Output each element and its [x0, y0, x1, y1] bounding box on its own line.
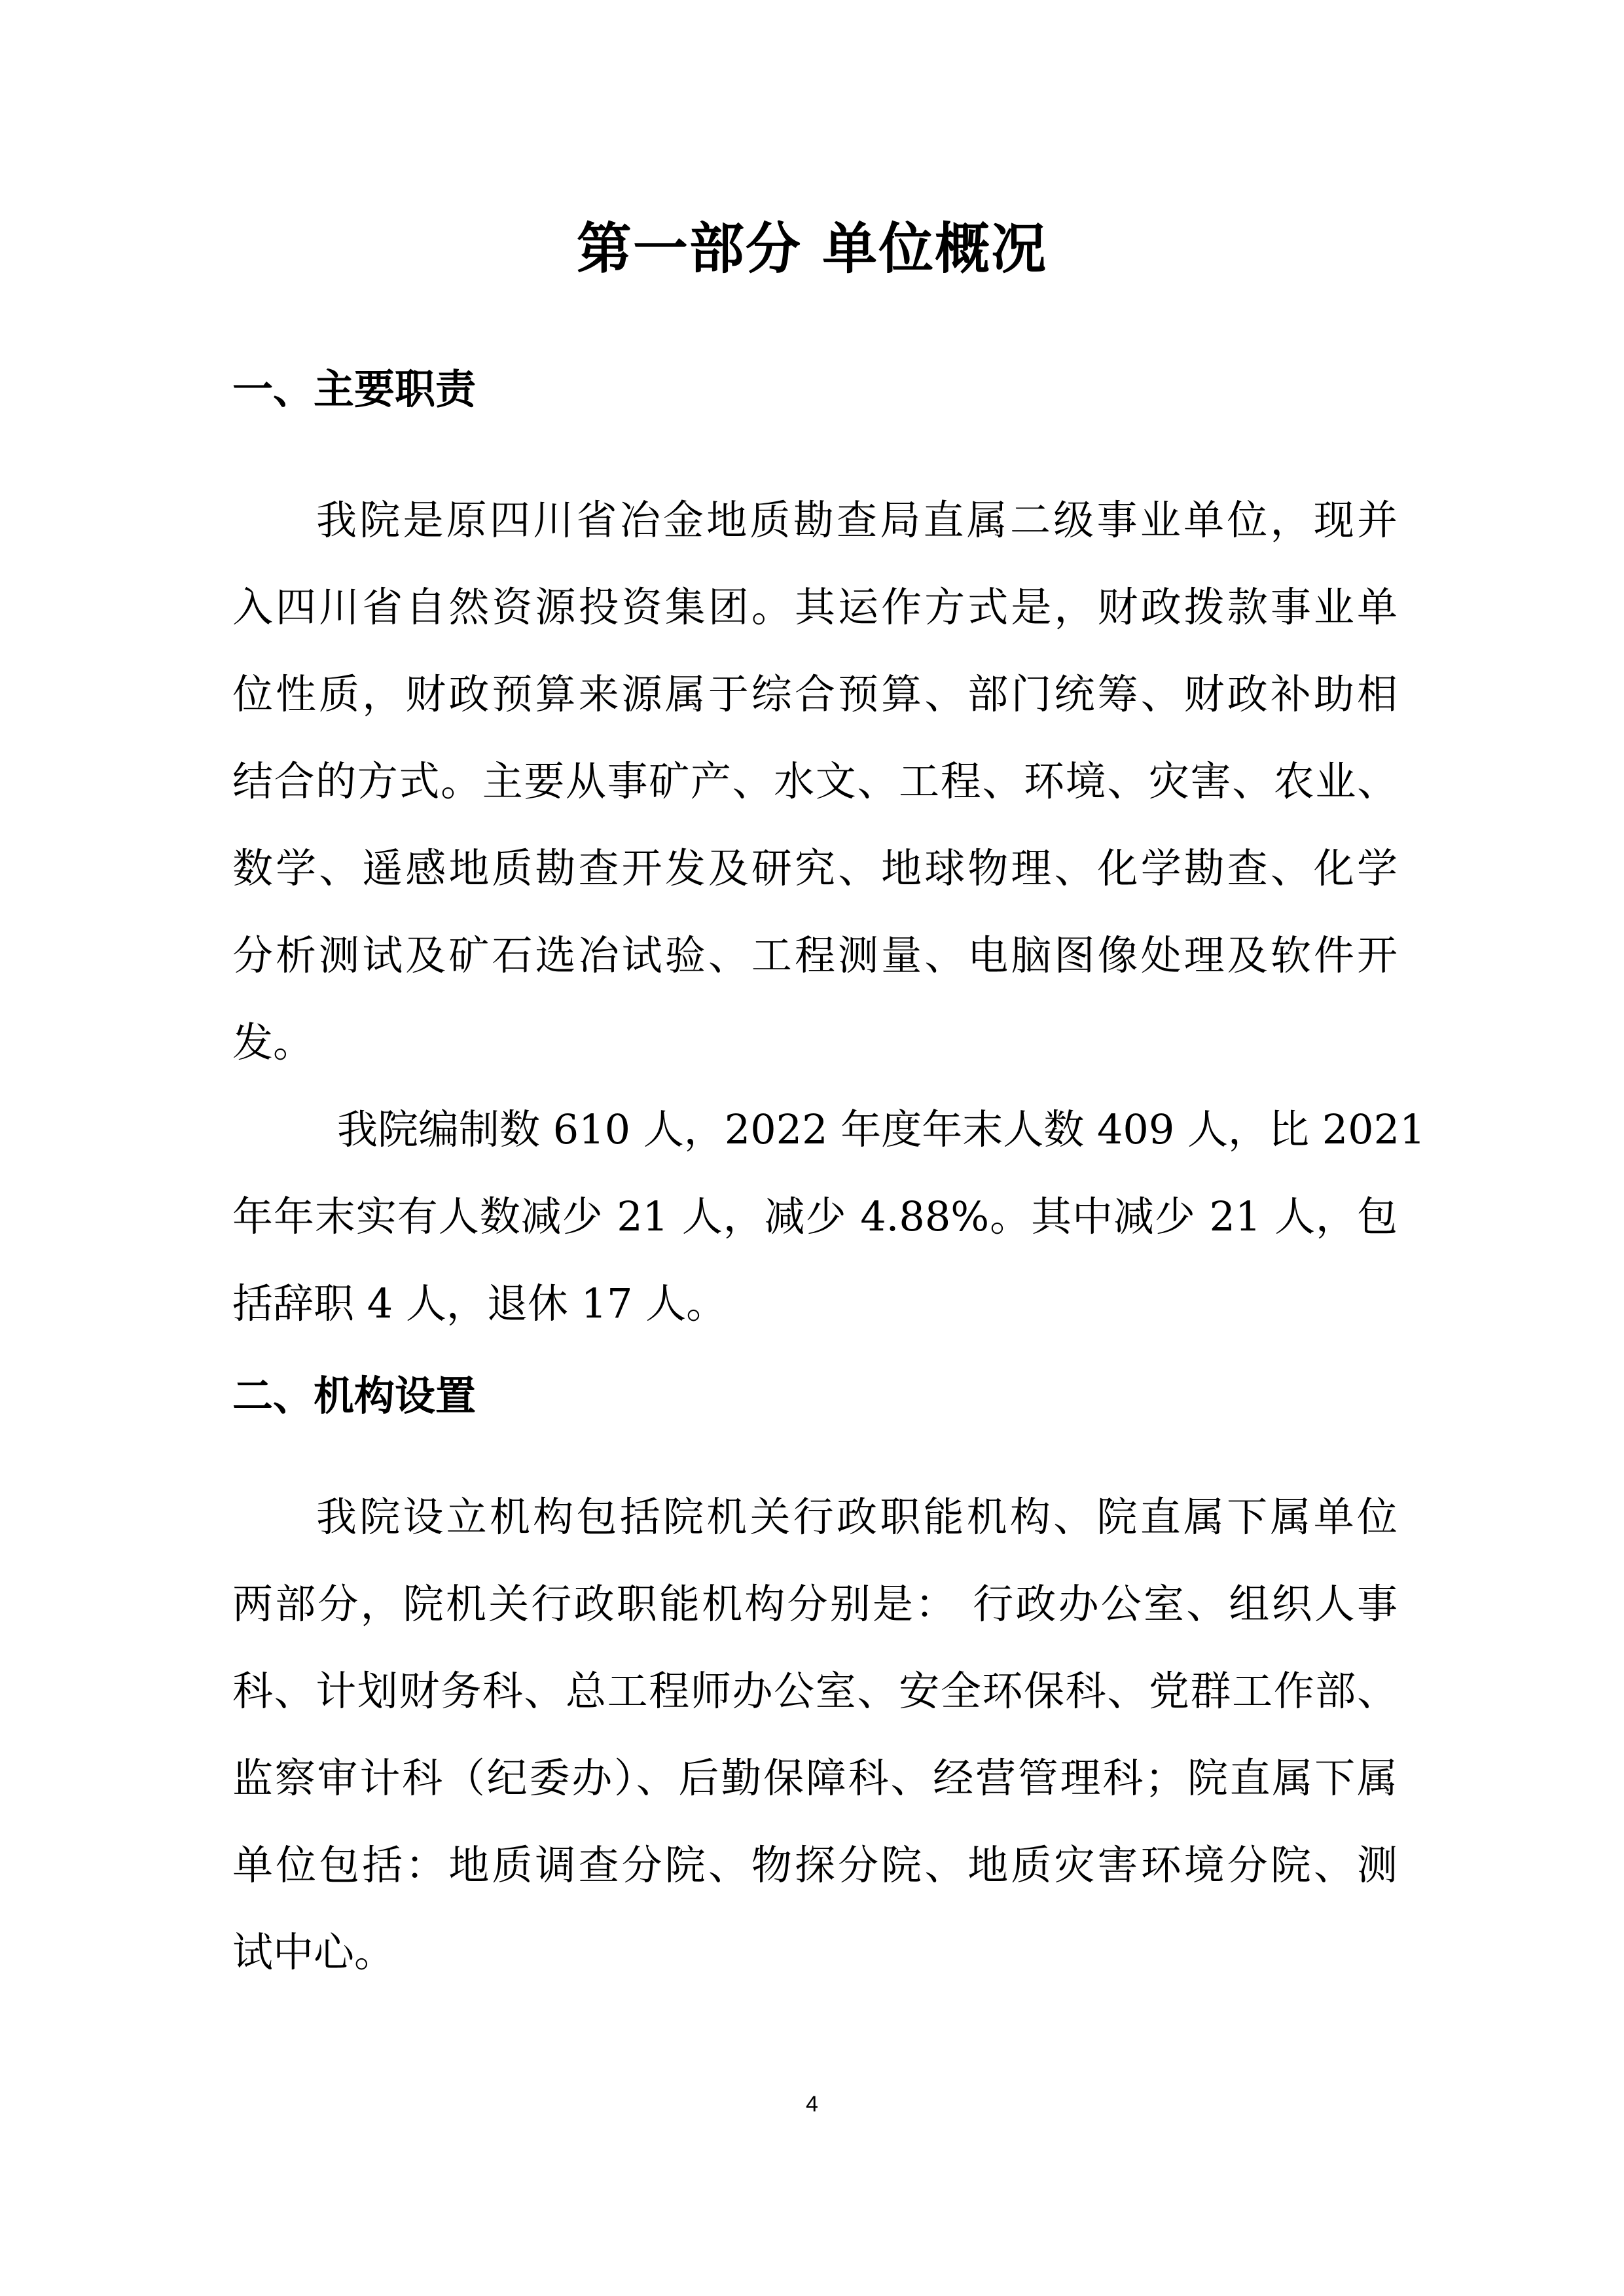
paragraph-line: 入四川省自然资源投资集团。其运作方式是，财政拨款事业单 [232, 581, 1398, 634]
paragraph-line: 科、计划财务科、总工程师办公室、安全环保科、党群工作部、 [232, 1665, 1398, 1717]
page-number: 4 [0, 2092, 1624, 2117]
paragraph-line: 我院是原四川省冶金地质勘查局直属二级事业单位，现并 [316, 494, 1398, 547]
paragraph-line: 结合的方式。主要从事矿产、水文、工程、环境、灾害、农业、 [232, 755, 1398, 808]
paragraph-line: 监察审计科（纪委办）、后勤保障科、经营管理科；院直属下属 [232, 1752, 1398, 1804]
section-heading-organization: 二、机构设置 [232, 1370, 476, 1422]
paragraph-line: 分析测试及矿石选冶试验、工程测量、电脑图像处理及软件开 [232, 929, 1398, 982]
paragraph-line: 单位包括：地质调查分院、物探分院、地质灾害环境分院、测 [232, 1839, 1398, 1892]
paragraph-line: 位性质，财政预算来源属于综合预算、部门统筹、财政补助相 [232, 668, 1398, 721]
paragraph-line: 发。 [232, 1016, 1398, 1069]
paragraph-line: 试中心。 [232, 1926, 1398, 1979]
paragraph-line: 我院设立机构包括院机关行政职能机构、院直属下属单位 [316, 1491, 1398, 1543]
paragraph-line: 数学、遥感地质勘查开发及研究、地球物理、化学勘查、化学 [232, 842, 1398, 895]
paragraph-line: 我院编制数 610 人，2022 年度年末人数 409 人，比 2021 [337, 1103, 1398, 1156]
page-title: 第一部分 单位概况 [0, 209, 1624, 288]
paragraph-line: 两部分，院机关行政职能机构分别是： 行政办公室、组织人事 [232, 1578, 1398, 1630]
paragraph-line: 年年末实有人数减少 21 人，减少 4.88%。其中减少 21 人，包 [232, 1191, 1398, 1243]
section-heading-duties: 一、主要职责 [232, 363, 476, 416]
paragraph-line: 括辞职 4 人，退休 17 人。 [232, 1278, 1398, 1330]
